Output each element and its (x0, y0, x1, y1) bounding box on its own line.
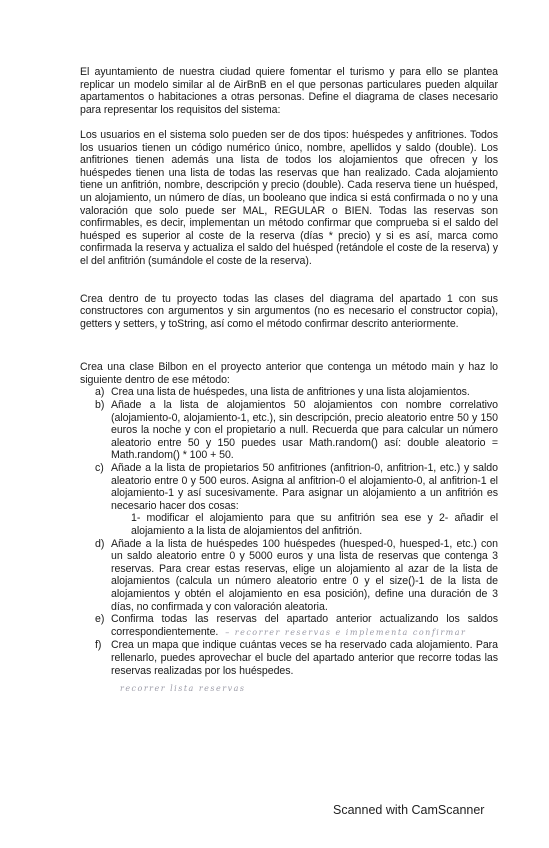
task-marker: a) (95, 386, 104, 399)
task-marker: b) (95, 399, 104, 412)
task-marker: d) (95, 538, 104, 551)
task-text: Añade a la lista de huéspedes 100 huéspe… (111, 538, 498, 613)
task-item-c: c) Añade a la lista de propietarios 50 a… (80, 462, 498, 538)
part3-intro-paragraph: Crea una clase Bilbon en el proyecto ant… (80, 361, 498, 386)
task-marker: f) (95, 639, 101, 652)
task-text: Crea una lista de huéspedes, una lista d… (111, 386, 470, 398)
task-item-a: a) Crea una lista de huéspedes, una list… (80, 386, 498, 399)
task-item-e: e) Confirma todas las reservas del apart… (80, 613, 498, 639)
part2-paragraph: Crea dentro de tu proyecto todas las cla… (80, 293, 498, 331)
handwritten-footer-note: recorrer lista reservas (80, 683, 498, 696)
handwritten-note: – recorrer reservas e implementa confirm… (225, 628, 466, 637)
task-text: Añade a la lista de alojamientos 50 aloj… (111, 399, 498, 461)
task-marker: c) (95, 462, 104, 475)
task-item-f: f) Crea un mapa que indique cuántas vece… (80, 639, 498, 677)
requirements-paragraph: Los usuarios en el sistema solo pueden s… (80, 129, 498, 268)
task-list: a) Crea una lista de huéspedes, una list… (80, 386, 498, 677)
task-subnote: 1- modificar el alojamiento para que su … (111, 512, 498, 537)
task-text: Añade a la lista de propietarios 50 anfi… (111, 462, 498, 512)
task-item-b: b) Añade a la lista de alojamientos 50 a… (80, 399, 498, 462)
intro-paragraph: El ayuntamiento de nuestra ciudad quiere… (80, 66, 498, 116)
camscanner-watermark: Scanned with CamScanner (333, 803, 484, 817)
task-marker: e) (95, 613, 104, 626)
task-text: Crea un mapa que indique cuántas veces s… (111, 639, 498, 676)
document-page: El ayuntamiento de nuestra ciudad quiere… (80, 66, 498, 696)
task-item-d: d) Añade a la lista de huéspedes 100 hué… (80, 538, 498, 614)
